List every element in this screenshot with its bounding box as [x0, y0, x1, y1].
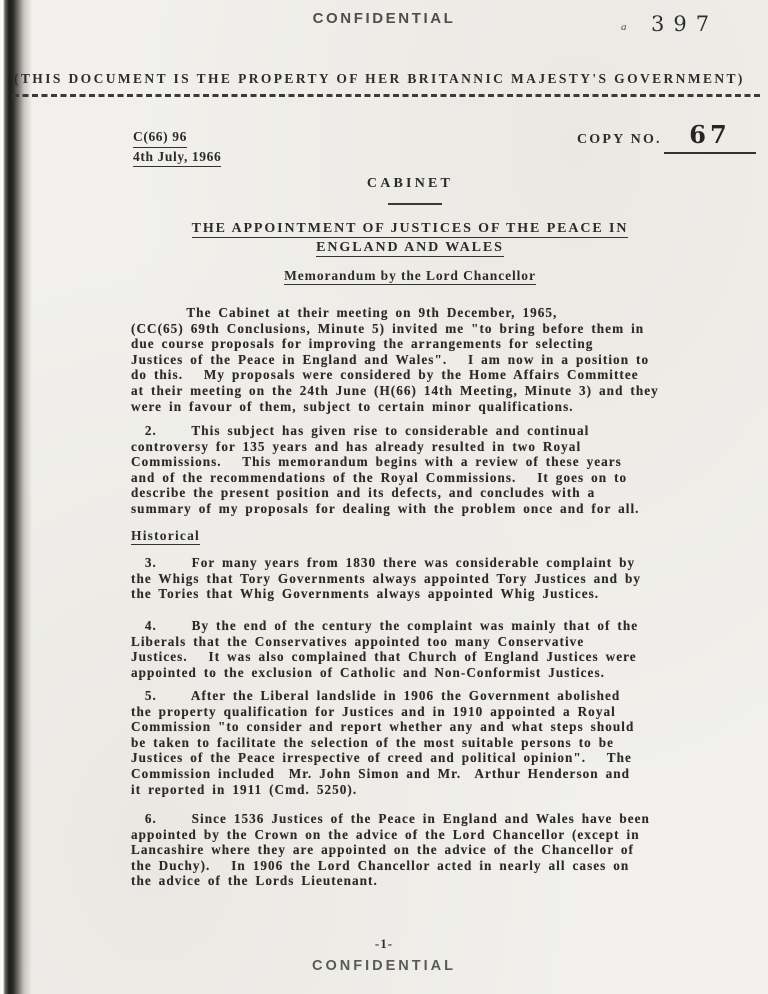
text-line: (CC(65) 69th Conclusions, Minute 5) invi… — [131, 321, 659, 337]
paragraph-2: 2. This subject has given rise to consid… — [131, 423, 640, 517]
text-line: appointed by the Crown on the advice of … — [131, 827, 650, 843]
footer-page-number: -1- — [0, 936, 768, 952]
text-line: Liberals that the Conservatives appointe… — [131, 634, 638, 650]
binding-shadow — [0, 0, 32, 994]
text-line: and of the recommendations of the Royal … — [131, 470, 640, 486]
text-line: due course proposals for improving the a… — [131, 336, 659, 352]
text-line: Lancashire where they are appointed on t… — [131, 842, 650, 858]
property-notice: (THIS DOCUMENT IS THE PROPERTY OF HER BR… — [14, 71, 745, 87]
text-line: summary of my proposals for dealing with… — [131, 501, 640, 517]
text-line: the advice of the Lords Lieutenant. — [131, 873, 650, 889]
text-line: 2. This subject has given rise to consid… — [131, 423, 640, 439]
text-line: Justices of the Peace irrespective of cr… — [131, 750, 634, 766]
heading-rule — [388, 203, 442, 205]
section-heading-historical: Historical — [131, 527, 200, 545]
historical-text: Historical — [131, 528, 200, 545]
text-line: the Whigs that Tory Governments always a… — [131, 571, 641, 587]
paragraph-3: 3. For many years from 1830 there was co… — [131, 555, 641, 602]
copy-number-stamp: 67 — [664, 120, 756, 154]
text-line: it reported in 1911 (Cmd. 5250). — [131, 782, 634, 798]
document-date: 4th July, 1966 — [133, 148, 221, 168]
pen-mark: a — [621, 21, 627, 33]
paragraph-1: The Cabinet at their meeting on 9th Dece… — [131, 305, 659, 414]
text-line: Justices. It was also complained that Ch… — [131, 649, 638, 665]
text-line: Commission "to consider and report wheth… — [131, 719, 634, 735]
text-line: were in favour of them, subject to certa… — [131, 399, 659, 415]
classification-footer: CONFIDENTIAL — [0, 958, 768, 974]
reference-block: C(66) 96 4th July, 1966 — [133, 128, 221, 167]
text-line: the Tories that Whig Governments always … — [131, 586, 641, 602]
paragraph-5: 5. After the Liberal landslide in 1906 t… — [131, 688, 634, 797]
text-line: 6. Since 1536 Justices of the Peace in E… — [131, 811, 650, 827]
text-line: Commissions. This memorandum begins with… — [131, 454, 640, 470]
title-text-2: ENGLAND AND WALES — [316, 240, 504, 257]
text-line: at their meeting on the 24th June (H(66)… — [131, 383, 659, 399]
document-subtitle: Memorandum by the Lord Chancellor — [90, 267, 730, 285]
text-line: The Cabinet at their meeting on 9th Dece… — [131, 305, 659, 321]
text-line: do this. My proposals were considered by… — [131, 367, 659, 383]
subtitle-text: Memorandum by the Lord Chancellor — [284, 268, 536, 285]
text-line: describe the present position and its de… — [131, 485, 640, 501]
text-line: 5. After the Liberal landslide in 1906 t… — [131, 688, 634, 704]
document-reference: C(66) 96 — [133, 128, 187, 148]
org-heading: CABINET — [90, 176, 730, 192]
paragraph-6: 6. Since 1536 Justices of the Peace in E… — [131, 811, 650, 889]
text-line: be taken to facilitate the selection of … — [131, 735, 634, 751]
paragraph-4: 4. By the end of the century the complai… — [131, 618, 638, 680]
copy-number-label: COPY NO. — [577, 132, 662, 148]
page-number-stamp: 397 — [651, 12, 718, 36]
text-line: the property qualification for Justices … — [131, 704, 634, 720]
document-title-line1: THE APPOINTMENT OF JUSTICES OF THE PEACE… — [90, 219, 730, 237]
text-line: 3. For many years from 1830 there was co… — [131, 555, 641, 571]
title-text-1: THE APPOINTMENT OF JUSTICES OF THE PEACE… — [192, 221, 629, 238]
text-line: controversy for 135 years and has alread… — [131, 439, 640, 455]
text-line: 4. By the end of the century the complai… — [131, 618, 638, 634]
text-line: appointed to the exclusion of Catholic a… — [131, 665, 638, 681]
text-line: Commission included Mr. John Simon and M… — [131, 766, 634, 782]
document-title-line2: ENGLAND AND WALES — [90, 238, 730, 256]
dashed-divider — [13, 94, 763, 97]
text-line: Justices of the Peace in England and Wal… — [131, 352, 659, 368]
document-page: CONFIDENTIAL a 397 (THIS DOCUMENT IS THE… — [0, 0, 768, 994]
text-line: the Duchy). In 1906 the Lord Chancellor … — [131, 858, 650, 874]
